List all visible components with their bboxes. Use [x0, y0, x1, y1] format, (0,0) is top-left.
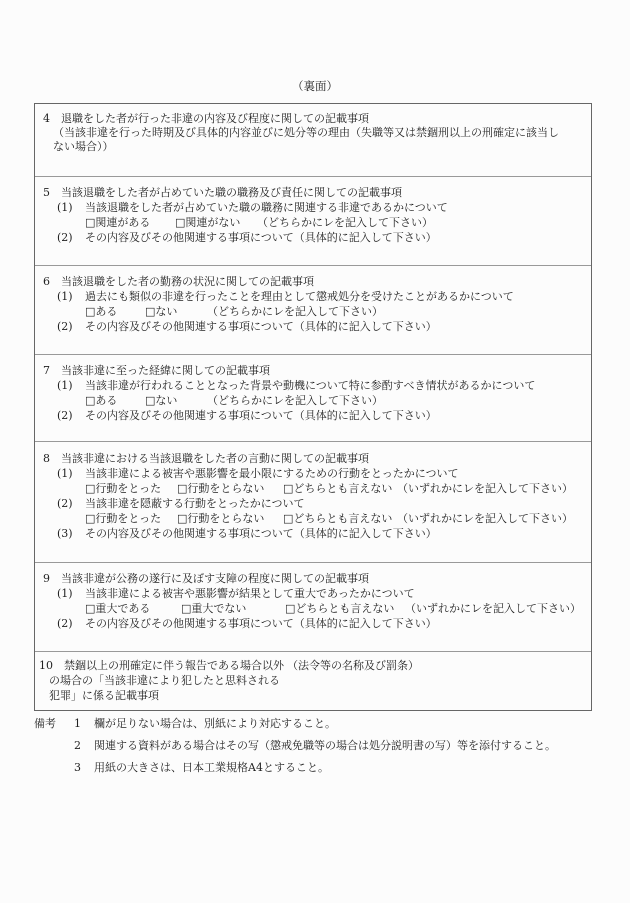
section-6-heading: 6 当該退職をした者の勤務の状況に関しての記載事項 [43, 274, 314, 289]
section-9-q1-number: (1) [57, 586, 73, 601]
section-6-q2-number: (2) [57, 319, 73, 334]
section-8-q1-text: 当該非違による被害や悪影響を最小限にするための行動をとったかについて [85, 466, 459, 481]
page-title: （裏面） [0, 79, 630, 94]
section-9-q2-text: その内容及びその他関連する事項について（具体的に記入して下さい） [85, 616, 437, 631]
section-8-q2-text: 当該非違を隠蔽する行動をとったかについて [85, 496, 305, 511]
section-10-law-label: （法令等の名称及び罰条） [287, 658, 419, 673]
section-5-heading: 5 当該退職をした者が占めていた職の職務及び責任に関しての記載事項 [43, 185, 402, 200]
section-8-q1-number: (1) [57, 466, 73, 481]
section-10-label-line1: 10 禁錮以上の刑確定に伴う報告である場合以外 [39, 658, 284, 673]
section-5-answer-area[interactable] [85, 245, 575, 261]
section-6-q1-text: 過去にも類似の非違を行ったことを理由として懲戒処分を受けたことがあるかについて [85, 289, 514, 304]
section-5-q1-number: (1) [57, 200, 73, 215]
section-8-q3-number: (3) [57, 526, 73, 541]
note-1-text: 欄が足りない場合は、別紙により対応すること。 [94, 716, 336, 731]
checkbox-serious-yes[interactable]: □重大である [85, 601, 150, 616]
section-8-q2-instruction: （いずれかにレを記入して下さい） [397, 511, 573, 526]
section-10-label-line3: 犯罪」に係る記載事項 [49, 688, 159, 703]
note-3-text: 用紙の大きさは、日本工業規格A4とすること。 [94, 760, 329, 775]
section-9-heading: 9 当該非違が公務の遂行に及ぼす支障の程度に関しての記載事項 [43, 571, 369, 586]
section-8: 8 当該非違における当該退職をした者の言動に関しての記載事項 (1) 当該非違に… [35, 442, 591, 563]
checkbox-prior-discipline-yes[interactable]: □ある [85, 304, 117, 319]
note-2-number: 2 [74, 738, 81, 753]
section-8-heading: 8 当該非違における当該退職をした者の言動に関しての記載事項 [43, 451, 369, 466]
form-table: 4 退職をした者が行った非違の内容及び程度に関しての記載事項 （当該非違を行った… [34, 103, 592, 711]
notes-label: 備考 [34, 716, 56, 731]
section-10-answer-area[interactable] [287, 674, 583, 706]
section-10-label-line2: の場合の「当該非違により犯したと思料される [49, 673, 280, 688]
section-7-answer-area[interactable] [85, 423, 575, 437]
section-6: 6 当該退職をした者の勤務の状況に関しての記載事項 (1) 過去にも類似の非違を… [35, 266, 591, 355]
checkbox-concealment-action-taken[interactable]: □行動をとった [85, 511, 161, 526]
section-4-subtext-cont: ない場合）） [53, 139, 114, 154]
section-6-q2-text: その内容及びその他関連する事項について（具体的に記入して下さい） [85, 319, 437, 334]
checkbox-concealment-undetermined[interactable]: □どちらとも言えない [283, 511, 392, 526]
section-7-q1-number: (1) [57, 378, 73, 393]
section-9-answer-area[interactable] [85, 631, 575, 647]
section-5-q1-text: 当該退職をした者が占めていた職の職務に関連する非違であるかについて [85, 200, 448, 215]
section-4: 4 退職をした者が行った非違の内容及び程度に関しての記載事項 （当該非違を行った… [35, 104, 591, 177]
section-7: 7 当該非違に至った経緯に関しての記載事項 (1) 当該非違が行われることとなっ… [35, 355, 591, 442]
section-8-q3-text: その内容及びその他関連する事項について（具体的に記入して下さい） [85, 526, 437, 541]
note-2-text: 関連する資料がある場合はその写（懲戒免職等の場合は処分説明書の写）等を添付するこ… [94, 738, 556, 753]
checkbox-mitigating-circumstances-yes[interactable]: □ある [85, 393, 117, 408]
checkbox-mitigation-action-not-taken[interactable]: □行動をとらない [177, 481, 264, 496]
section-5-q2-text: その内容及びその他関連する事項について（具体的に記入して下さい） [85, 230, 437, 245]
section-5-q2-number: (2) [57, 230, 73, 245]
section-6-answer-area[interactable] [85, 334, 575, 350]
note-3-number: 3 [74, 760, 81, 775]
section-8-q2-number: (2) [57, 496, 73, 511]
note-1-number: 1 [74, 716, 81, 731]
checkbox-concealment-action-not-taken[interactable]: □行動をとらない [177, 511, 264, 526]
checkbox-related-yes[interactable]: □関連がある [85, 215, 150, 230]
checkbox-serious-no[interactable]: □重大でない [181, 601, 246, 616]
section-9: 9 当該非違が公務の遂行に及ぼす支障の程度に関しての記載事項 (1) 当該非違に… [35, 563, 591, 652]
section-6-q1-instruction: （どちらかにレを記入して下さい） [207, 304, 383, 319]
section-6-q1-number: (1) [57, 289, 73, 304]
checkbox-serious-undetermined[interactable]: □どちらとも言えない [285, 601, 394, 616]
section-8-answer-area[interactable] [85, 542, 575, 558]
section-4-answer-area[interactable] [53, 154, 573, 172]
section-7-q1-text: 当該非違が行われることとなった背景や動機について特に参酌すべき情状があるかについ… [85, 378, 535, 393]
section-7-q2-number: (2) [57, 408, 73, 423]
checkbox-related-no[interactable]: □関連がない [175, 215, 240, 230]
section-9-q2-number: (2) [57, 616, 73, 631]
section-7-q1-instruction: （どちらかにレを記入して下さい） [207, 393, 383, 408]
section-8-q1-instruction: （いずれかにレを記入して下さい） [397, 481, 573, 496]
checkbox-mitigation-undetermined[interactable]: □どちらとも言えない [283, 481, 392, 496]
section-9-q1-text: 当該非違による被害や悪影響が結果として重大であったかについて [85, 586, 415, 601]
section-7-q2-text: その内容及びその他関連する事項について（具体的に記入して下さい） [85, 408, 437, 423]
section-5: 5 当該退職をした者が占めていた職の職務及び責任に関しての記載事項 (1) 当該… [35, 177, 591, 266]
section-9-q1-instruction: （いずれかにレを記入して下さい） [405, 601, 581, 616]
checkbox-mitigating-circumstances-no[interactable]: □ない [145, 393, 177, 408]
section-4-subtext: （当該非違を行った時期及び具体的内容並びに処分等の理由（失職等又は禁錮刑以上の刑… [53, 125, 559, 140]
section-10: 10 禁錮以上の刑確定に伴う報告である場合以外 の場合の「当該非違により犯したと… [35, 652, 591, 710]
section-7-heading: 7 当該非違に至った経緯に関しての記載事項 [43, 363, 270, 378]
checkbox-mitigation-action-taken[interactable]: □行動をとった [85, 481, 161, 496]
checkbox-prior-discipline-no[interactable]: □ない [145, 304, 177, 319]
section-4-heading: 4 退職をした者が行った非違の内容及び程度に関しての記載事項 [43, 111, 369, 126]
section-5-q1-instruction: （どちらかにレを記入して下さい） [257, 215, 433, 230]
